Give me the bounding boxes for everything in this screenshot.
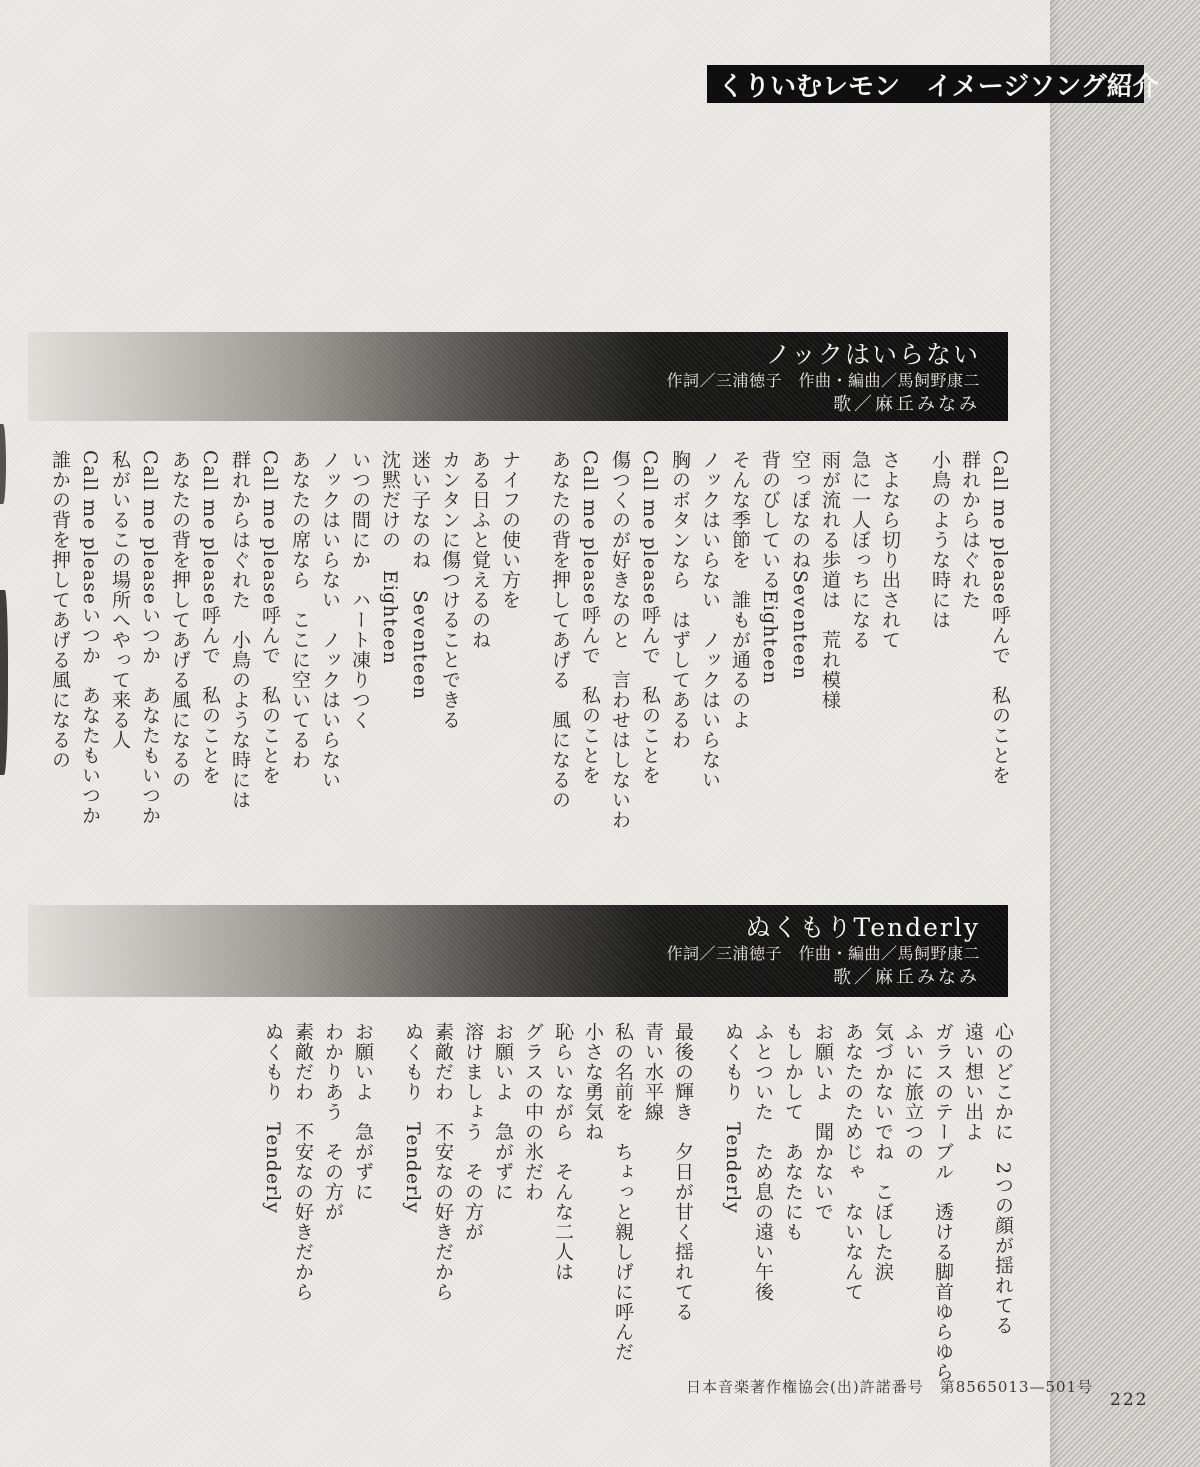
lyric-line: あなたの背を押してあげる風になるの xyxy=(165,450,195,866)
lyric-line: 傷つくのが好きなのと 言わせはしないわ xyxy=(605,450,635,866)
magazine-page: くりいむレモン イメージソング紹介 ノックはいらない 作詞／三浦徳子 作曲・編曲… xyxy=(0,0,1200,1467)
lyric-line: 気づかないでね こぼした涙 xyxy=(868,1022,898,1404)
lyric-line: 誰かの背を押してあげる風になるの xyxy=(45,450,75,866)
lyric-stanza: さよなら切り出されて急に一人ぼっちになる雨が流れる歩道は 荒れ模様空っぽなのねS… xyxy=(545,450,905,866)
lyric-line: ぬくもり Tenderly xyxy=(258,1022,288,1404)
lyric-line: 迷い子なのね Seventeen xyxy=(405,450,435,866)
lyric-line: Call me please呼んで 私のことを xyxy=(985,450,1015,866)
lyric-line: 最後の輝き 夕日が甘く揺れてる xyxy=(668,1022,698,1404)
song1-credits: 作詞／三浦徳子 作曲・編曲／馬飼野康二 xyxy=(666,371,980,392)
lyric-line: あなたの背を押してあげる 風になるの xyxy=(545,450,575,866)
lyric-line: ぬくもり Tenderly xyxy=(398,1022,428,1404)
lyric-line: 小鳥のような時には xyxy=(925,450,955,866)
lyric-line: そんな季節を 誰もが通るのよ xyxy=(725,450,755,866)
lyric-line: ぬくもり Tenderly xyxy=(718,1022,748,1404)
lyric-line: 群れからはぐれた 小鳥のような時には xyxy=(225,450,255,866)
page-number: 222 xyxy=(1110,1390,1148,1410)
lyric-line: 背のびしているEighteen xyxy=(755,450,785,866)
lyric-line: 青い水平線 xyxy=(638,1022,668,1404)
song2-title: ぬくもりTenderly xyxy=(746,912,981,944)
lyric-line: 心のどこかに 2つの顔が揺れてる xyxy=(988,1022,1018,1404)
lyric-line: ある日ふと覚えるのね xyxy=(465,450,495,866)
lyric-line: 急に一人ぼっちになる xyxy=(845,450,875,866)
song2-lyrics: 心のどこかに 2つの顔が揺れてる遠い想い出よガラスのテーブル 透ける脚首ゆらゆら… xyxy=(258,1022,1018,1404)
lyric-line: お願いよ 急がずに xyxy=(488,1022,518,1404)
lyric-line: 空っぽなのねSeventeen xyxy=(785,450,815,866)
song1-lyrics: Call me please呼んで 私のことを群れからはぐれた小鳥のような時には… xyxy=(45,450,1015,866)
lyric-line: ふとついた ため息の遠い午後 xyxy=(748,1022,778,1404)
page-edge-texture xyxy=(1050,0,1200,1467)
song2-singer: 歌／麻丘みなみ xyxy=(833,965,980,989)
lyric-line: ノックはいらない ノックはいらない xyxy=(315,450,345,866)
lyric-line: 恥らいながら そんな二人は xyxy=(548,1022,578,1404)
lyric-line: いつの間にか ハート凍りつく xyxy=(345,450,375,866)
lyric-line: お願いよ 急がずに xyxy=(348,1022,378,1404)
lyric-line: わかりあう その方が xyxy=(318,1022,348,1404)
lyric-line: さよなら切り出されて xyxy=(875,450,905,866)
song1-title: ノックはいらない xyxy=(766,339,980,371)
lyric-line: 溶けましょう その方が xyxy=(458,1022,488,1404)
song2-title-bar: ぬくもりTenderly 作詞／三浦徳子 作曲・編曲／馬飼野康二 歌／麻丘みなみ xyxy=(28,905,1008,997)
lyric-stanza: お願いよ 急がずにわかりあう その方が素敵だわ 不安なの好きだからぬくもり Te… xyxy=(258,1022,378,1404)
lyric-line: Call me pleaseいつか あなたもいつか xyxy=(75,450,105,866)
song2-credits: 作詞／三浦徳子 作曲・編曲／馬飼野康二 xyxy=(666,944,980,965)
song1-title-bar: ノックはいらない 作詞／三浦徳子 作曲・編曲／馬飼野康二 歌／麻丘みなみ xyxy=(28,332,1008,421)
lyric-line: 群れからはぐれた xyxy=(955,450,985,866)
lyric-line: 私の名前を ちょっと親しげに呼んだ xyxy=(608,1022,638,1404)
lyric-line: カンタンに傷つけることできる xyxy=(435,450,465,866)
copyright-notice: 日本音楽著作権協会(出)許諾番号 第8565013—501号 xyxy=(686,1376,1093,1397)
lyric-line: 沈黙だけの Eighteen xyxy=(375,450,405,866)
lyric-line: Call me please呼んで 私のことを xyxy=(575,450,605,866)
song1-singer: 歌／麻丘みなみ xyxy=(833,392,980,416)
lyric-line: Call me please呼んで 私のことを xyxy=(255,450,285,866)
lyric-line: 胸のボタンなら はずしてあるわ xyxy=(665,450,695,866)
lyric-line: 素敵だわ 不安なの好きだから xyxy=(428,1022,458,1404)
lyric-line: グラスの中の氷だわ xyxy=(518,1022,548,1404)
lyric-line: Call me please呼んで 私のことを xyxy=(635,450,665,866)
lyric-line: 小さな勇気ね xyxy=(578,1022,608,1404)
scan-artifact xyxy=(0,590,8,775)
lyric-line: お願いよ 聞かないで xyxy=(808,1022,838,1404)
lyric-line: あなたのためじゃ ないなんて xyxy=(838,1022,868,1404)
lyric-line: ナイフの使い方を xyxy=(495,450,525,866)
lyric-stanza: 最後の輝き 夕日が甘く揺れてる青い水平線私の名前を ちょっと親しげに呼んだ小さな… xyxy=(398,1022,698,1404)
lyric-stanza: ナイフの使い方をある日ふと覚えるのねカンタンに傷つけることできる迷い子なのね S… xyxy=(45,450,525,866)
lyric-line: 雨が流れる歩道は 荒れ模様 xyxy=(815,450,845,866)
lyric-line: もしかして あなたにも xyxy=(778,1022,808,1404)
lyric-line: 私がいるこの場所へやって来る人 xyxy=(105,450,135,866)
lyric-line: Call me pleaseいつか あなたもいつか xyxy=(135,450,165,866)
lyric-line: 遠い想い出よ xyxy=(958,1022,988,1404)
lyric-line: ガラスのテーブル 透ける脚首ゆらゆら xyxy=(928,1022,958,1404)
page-header-bar: くりいむレモン イメージソング紹介 xyxy=(707,65,1144,103)
lyric-stanza: 心のどこかに 2つの顔が揺れてる遠い想い出よガラスのテーブル 透ける脚首ゆらゆら… xyxy=(718,1022,1018,1404)
lyric-line: 素敵だわ 不安なの好きだから xyxy=(288,1022,318,1404)
page-header-title: くりいむレモン イメージソング紹介 xyxy=(707,66,1159,103)
scan-artifact xyxy=(0,424,6,504)
lyric-line: Call me please呼んで 私のことを xyxy=(195,450,225,866)
lyric-stanza: Call me please呼んで 私のことを群れからはぐれた小鳥のような時には xyxy=(925,450,1015,866)
lyric-line: あなたの席なら ここに空いてるわ xyxy=(285,450,315,866)
lyric-line: ノックはいらない ノックはいらない xyxy=(695,450,725,866)
lyric-line: ふいに旅立つの xyxy=(898,1022,928,1404)
